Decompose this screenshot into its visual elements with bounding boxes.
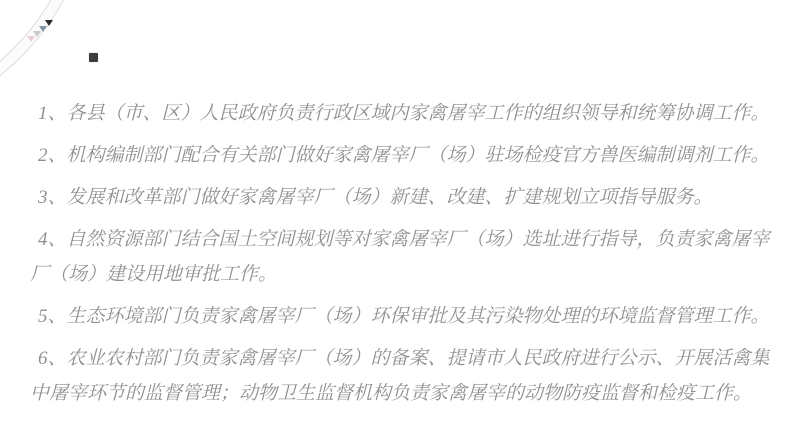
list-item-line: 厂（场）建设用地审批工作。: [30, 257, 775, 292]
duty-list: 1、各县（市、区）人民政府负责行政区域内家禽屠宰工作的组织领导和统筹协调工作。 …: [30, 96, 775, 418]
list-item: 3、发展和改革部门做好家禽屠宰厂（场）新建、改建、扩建规划立项指导服务。: [30, 180, 775, 215]
flag-black-icon: [45, 20, 53, 26]
flag-slate-icon: [39, 26, 47, 32]
list-item: 5、生态环境部门负责家禽屠宰厂（场）环保审批及其污染物处理的环境监督管理工作。: [30, 299, 775, 334]
list-item-line: 1、各县（市、区）人民政府负责行政区域内家禽屠宰工作的组织领导和统筹协调工作。: [30, 96, 775, 131]
list-item: 6、农业农村部门负责家禽屠宰厂（场）的备案、提请市人民政府进行公示、开展活禽集 …: [30, 341, 775, 411]
list-item-line: 5、生态环境部门负责家禽屠宰厂（场）环保审批及其污染物处理的环境监督管理工作。: [30, 299, 775, 334]
list-item: 2、机构编制部门配合有关部门做好家禽屠宰厂（场）驻场检疫官方兽医编制调剂工作。: [30, 138, 775, 173]
presentation-slide: 1、各县（市、区）人民政府负责行政区域内家禽屠宰工作的组织领导和统筹协调工作。 …: [0, 0, 800, 445]
square-bullet-icon: [89, 53, 98, 62]
list-item-line: 中屠宰环节的监督管理；动物卫生监督机构负责家禽屠宰的动物防疫监督和检疫工作。: [30, 376, 775, 411]
list-item-line: 2、机构编制部门配合有关部门做好家禽屠宰厂（场）驻场检疫官方兽医编制调剂工作。: [30, 138, 775, 173]
list-item-line: 4、自然资源部门结合国土空间规划等对家禽屠宰厂（场）选址进行指导，负责家禽屠宰: [30, 222, 775, 257]
list-item: 1、各县（市、区）人民政府负责行政区域内家禽屠宰工作的组织领导和统筹协调工作。: [30, 96, 775, 131]
list-item-line: 6、农业农村部门负责家禽屠宰厂（场）的备案、提请市人民政府进行公示、开展活禽集: [30, 341, 775, 376]
list-item-line: 3、发展和改革部门做好家禽屠宰厂（场）新建、改建、扩建规划立项指导服务。: [30, 180, 775, 215]
list-item: 4、自然资源部门结合国土空间规划等对家禽屠宰厂（场）选址进行指导，负责家禽屠宰 …: [30, 222, 775, 292]
